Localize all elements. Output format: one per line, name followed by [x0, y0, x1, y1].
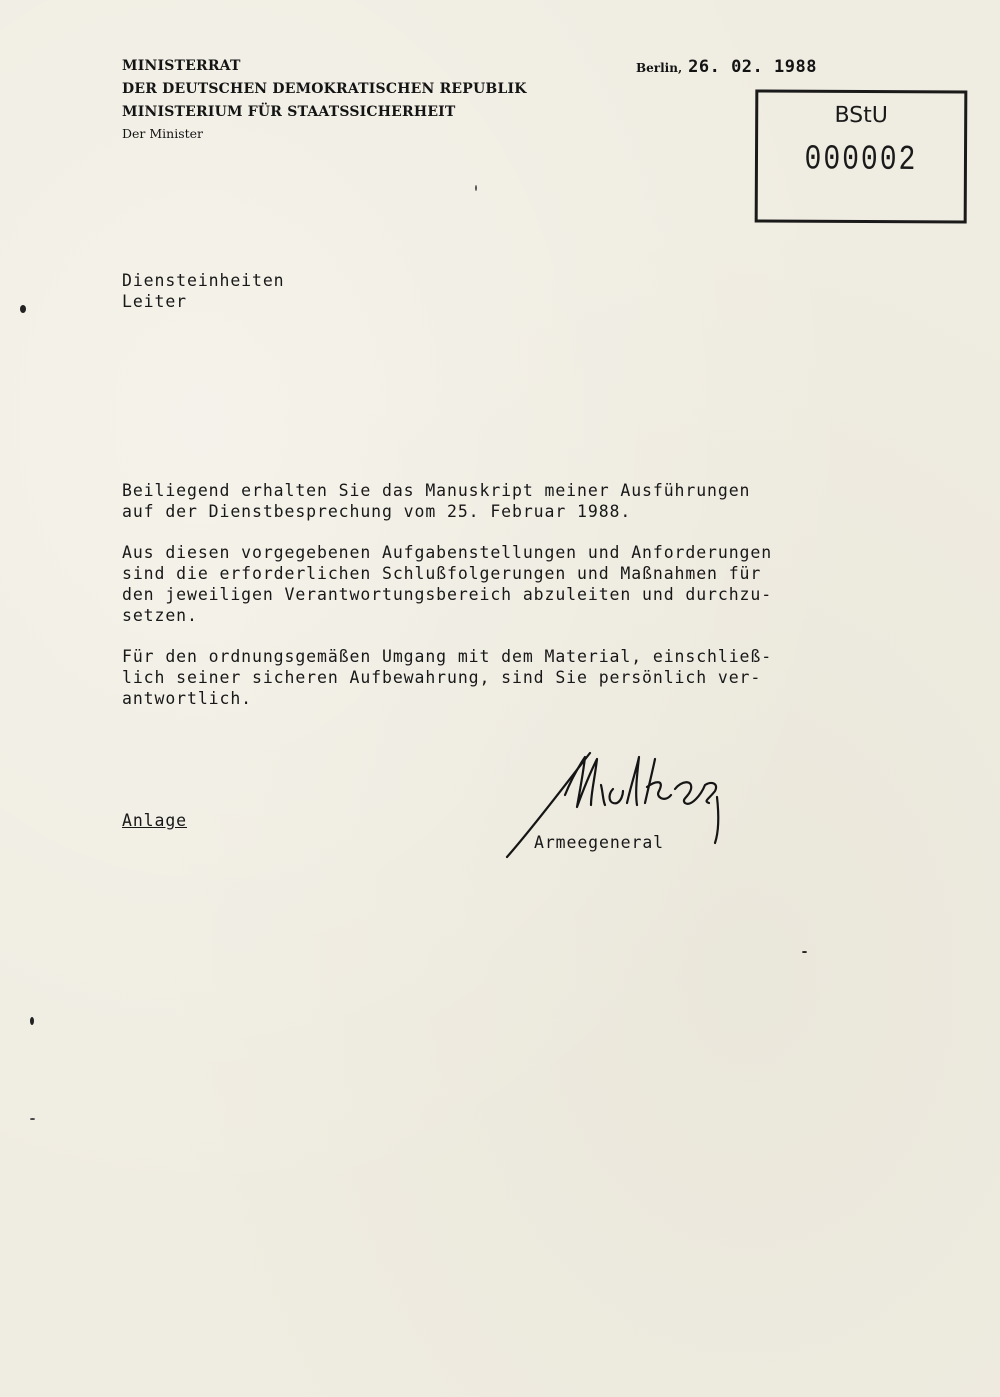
- date-line: Berlin,26. 02. 1988: [636, 57, 817, 77]
- letterhead-ministry: MINISTERIUM FÜR STAATSSICHERHEIT: [122, 101, 527, 124]
- letter-body: Beiliegend erhalten Sie das Manuskript m…: [122, 480, 922, 729]
- letterhead-state: DER DEUTSCHEN DEMOKRATISCHEN REPUBLIK: [122, 78, 527, 101]
- letterhead: MINISTERRAT DER DEUTSCHEN DEMOKRATISCHEN…: [122, 55, 527, 144]
- recipient-block: Diensteinheiten Leiter: [122, 270, 285, 312]
- stamp-title: BStU: [758, 102, 964, 128]
- recipient-line-1: Diensteinheiten: [122, 270, 285, 291]
- paper-speck: [30, 1118, 35, 1120]
- stamp-number: 000002: [758, 141, 964, 181]
- signatory-rank: Armeegeneral: [534, 832, 664, 853]
- letterhead-minister: Der Minister: [122, 124, 527, 144]
- paper-speck: [20, 305, 26, 313]
- enclosure-label: Anlage: [122, 810, 187, 831]
- date-value: 26. 02. 1988: [688, 57, 817, 77]
- paragraph-enclosure: Beiliegend erhalten Sie das Manuskript m…: [122, 480, 922, 522]
- paper-speck: [30, 1017, 34, 1025]
- archive-stamp: BStU 000002: [755, 89, 968, 223]
- paragraph-instructions: Aus diesen vorgegebenen Aufgabenstellung…: [122, 542, 922, 626]
- paragraph-responsibility: Für den ordnungsgemäßen Umgang mit dem M…: [122, 646, 922, 709]
- date-place: Berlin,: [636, 61, 682, 75]
- letterhead-council: MINISTERRAT: [122, 55, 527, 78]
- paper-speck: [475, 185, 477, 191]
- paper-speck: [802, 951, 807, 953]
- recipient-line-2: Leiter: [122, 291, 285, 312]
